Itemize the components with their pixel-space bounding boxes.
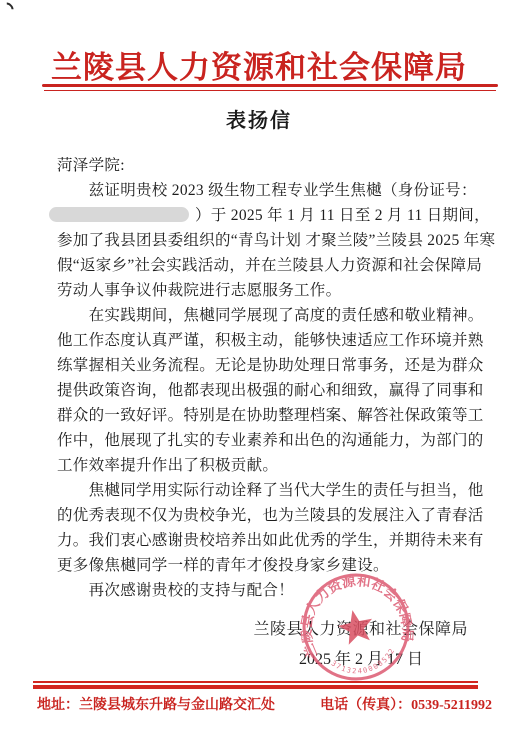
- body-line: 的优秀表现不仅为贵校争光，也为兰陵县的发展注入了青春活: [57, 503, 487, 528]
- body-line: 他工作态度认真严谨，积极主动，能够快速适应工作环境并熟: [57, 328, 487, 353]
- redacted-id-number: [49, 207, 189, 222]
- body-line: 工作效率提升作出了积极贡献。: [57, 453, 487, 478]
- body-line: 在实践期间，焦樾同学展现了高度的责任感和敬业精神。: [57, 303, 487, 328]
- footer-address: 地址：兰陵县城东升路与金山路交汇处: [37, 694, 275, 714]
- body-line: 再次感谢贵校的支持与配合！: [57, 578, 487, 603]
- letterhead-org-name: 兰陵县人力资源和社会保障局: [0, 42, 518, 87]
- body-line: 焦樾同学用实际行动诠释了当代大学生的责任与担当，他: [57, 478, 487, 503]
- body-line: 力。我们衷心感谢贵校培养出如此优秀的学生，并期待未来有: [57, 528, 487, 553]
- salutation: 菏泽学院:: [57, 153, 487, 178]
- letter-body: 菏泽学院: 兹证明贵校 2023 级生物工程专业学生焦樾（身份证号： ）于 20…: [57, 153, 487, 603]
- letter-title: 表扬信: [0, 104, 518, 133]
- signature-org-name: 兰陵县人力资源和社会保障局: [253, 616, 468, 639]
- body-line-with-redaction: ）于 2025 年 1 月 11 日至 2 月 11 日期间，: [57, 203, 487, 228]
- body-line: 群众的一致好评。特别是在协助整理档案、解答社保政策等工: [57, 403, 487, 428]
- body-line-text: ）于 2025 年 1 月 11 日至 2 月 11 日期间，: [195, 207, 490, 224]
- body-line: 劳动人事争议仲裁院进行志愿服务工作。: [57, 278, 487, 303]
- body-line: 提供政策咨询，他都表现出极强的耐心和细致，赢得了同事和: [57, 378, 487, 403]
- letterhead-rule-thick: [42, 84, 498, 87]
- footer: 地址：兰陵县城东升路与金山路交汇处 电话（传真）：0539-5211992: [37, 694, 492, 714]
- body-line: 假“返家乡”社会实践活动，并在兰陵县人力资源和社会保障局: [57, 253, 487, 278]
- footer-rule-thin: [33, 681, 478, 683]
- body-line: 更多像焦樾同学一样的青年才俊投身家乡建设。: [57, 553, 487, 578]
- footer-phone: 电话（传真）：0539-5211992: [320, 694, 492, 714]
- scan-artifact: [0, 0, 16, 17]
- commendation-letter-page: 兰陵县人力资源和社会保障局 表扬信 菏泽学院: 兹证明贵校 2023 级生物工程…: [0, 0, 518, 744]
- body-line: 作中，他展现了扎实的专业素养和出色的沟通能力，为部门的: [57, 428, 487, 453]
- letterhead-rule-thin: [44, 90, 496, 91]
- body-line: 兹证明贵校 2023 级生物工程专业学生焦樾（身份证号：: [57, 178, 487, 203]
- footer-rule-thick: [33, 685, 478, 689]
- body-line: 参加了我县团县委组织的“青鸟计划 才聚兰陵”兰陵县 2025 年寒: [57, 228, 487, 253]
- body-line: 练掌握相关业务流程。无论是协助处理日常事务，还是为群众: [57, 353, 487, 378]
- signature-date: 2025 年 2 月 17 日: [299, 646, 423, 669]
